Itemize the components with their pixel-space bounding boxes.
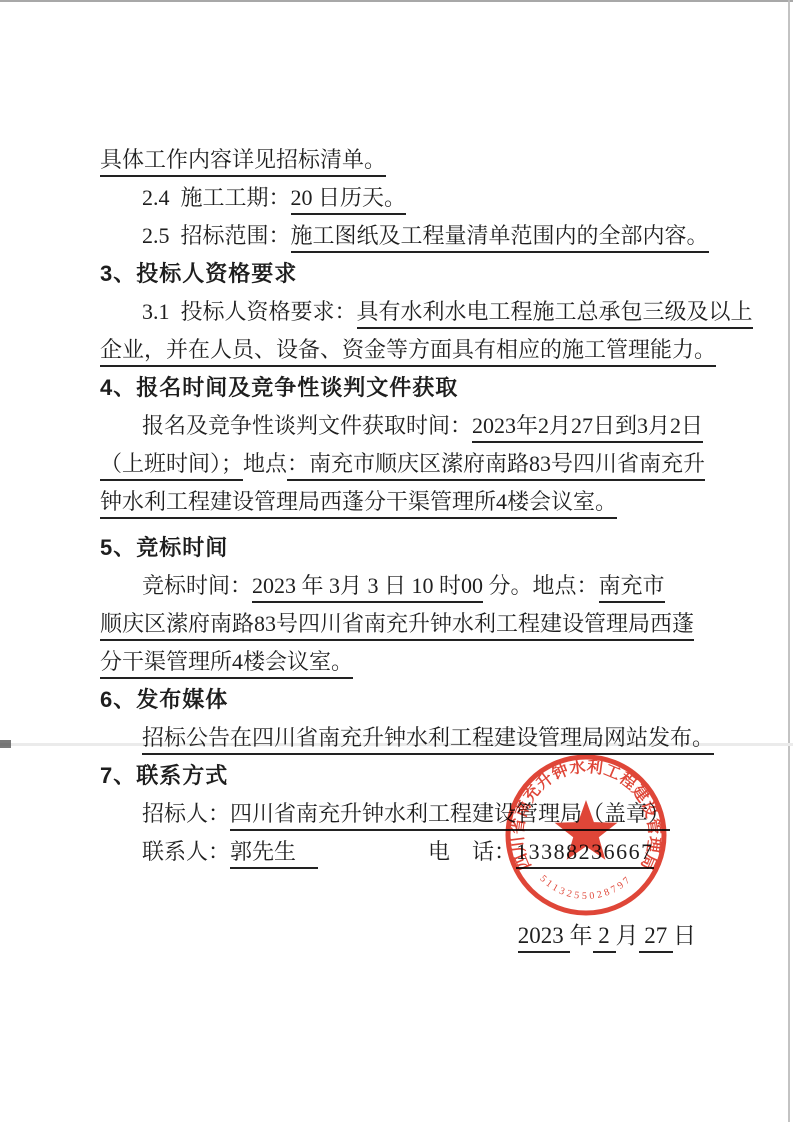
text-segment: 联系人： <box>142 839 230 864</box>
clause-3-1-line-1: 3.1 投标人资格要求：具有水利水电工程施工总承包三级及以上 <box>100 293 700 331</box>
text-segment: 7、联系方式 <box>100 763 228 788</box>
underlined-text: 2023 <box>518 923 570 953</box>
text-segment: 报名及竞争性谈判文件获取时间： <box>142 413 472 438</box>
text-segment: 4、报名时间及竞争性谈判文件获取 <box>100 375 458 400</box>
underlined-text: 郭先生 <box>230 839 318 869</box>
heading-3: 3、投标人资格要求 <box>100 255 700 293</box>
clause-3-1-line-2: 企业，并在人员、设备、资金等方面具有相应的施工管理能力。 <box>100 331 700 369</box>
text-segment: 招标人： <box>142 801 230 826</box>
text-segment: 5、竞标时间 <box>100 535 228 560</box>
text-segment: 2.4 施工工期： <box>142 185 291 210</box>
text-segment: 3.1 投标人资格要求： <box>142 299 357 324</box>
scan-edge-right <box>788 0 790 1122</box>
underlined-text: 施工图纸及工程量清单范围内的全部内容。 <box>291 223 709 253</box>
text-segment: 年 <box>570 923 593 948</box>
heading-6: 6、发布媒体 <box>100 681 700 719</box>
scan-artifact-mark <box>0 740 11 748</box>
seal-code-text: 5113255028797 <box>537 873 634 902</box>
registration-line-3: 钟水利工程建设管理局西蓬分干渠管理所4楼会议室。 <box>100 483 700 521</box>
text-segment: 6、发布媒体 <box>100 687 228 712</box>
registration-line-2: （上班时间）；地点：南充市顺庆区潆府南路83号四川省南充升 <box>100 445 700 483</box>
underlined-text: 顺庆区潆府南路83号四川省南充升钟水利工程建设管理局西蓬 <box>100 611 694 641</box>
underlined-text: 2023年2月27日到3月2日 <box>472 413 703 443</box>
star-icon <box>555 800 618 860</box>
clause-2-4: 2.4 施工工期：20 日历天。 <box>100 179 700 217</box>
text-segment: 竞标时间： <box>142 573 252 598</box>
text-segment: 2.5 招标范围： <box>142 223 291 248</box>
bid-time-line-2: 顺庆区潆府南路83号四川省南充升钟水利工程建设管理局西蓬 <box>100 605 700 643</box>
underlined-text: 分干渠管理所4楼会议室。 <box>100 649 353 679</box>
text-segment: 地点 <box>243 451 287 476</box>
underlined-text: 20 日历天。 <box>291 185 407 215</box>
clause-2-3-continuation: 具体工作内容详见招标清单。 <box>100 141 700 179</box>
scanned-document-page: 具体工作内容详见招标清单。2.4 施工工期：20 日历天。2.5 招标范围：施工… <box>0 0 793 1122</box>
underlined-text: 具有水利水电工程施工总承包三级及以上 <box>357 299 753 329</box>
text-segment: 分。地点： <box>483 573 599 598</box>
underlined-text: 钟水利工程建设管理局西蓬分干渠管理所4楼会议室。 <box>100 489 617 519</box>
underlined-text: （上班时间）； <box>100 451 243 481</box>
seal-code-number: 5113255028797 <box>537 873 634 902</box>
text-segment: 月 <box>616 923 639 948</box>
heading-5: 5、竞标时间 <box>100 529 700 567</box>
underlined-text: 2 <box>593 923 616 953</box>
scan-edge-top <box>0 0 793 2</box>
bid-time-line-3: 分干渠管理所4楼会议室。 <box>100 643 700 681</box>
official-seal: 四川省南充升钟水利工程建设管理局 5113255028797 <box>496 745 676 925</box>
seal-graphic: 四川省南充升钟水利工程建设管理局 5113255028797 <box>496 745 676 925</box>
underlined-text: 南充市 <box>599 573 665 603</box>
text-segment <box>318 839 428 864</box>
underlined-text: 2023 年 3月 3 日 10 时00 <box>252 573 483 603</box>
clause-2-5: 2.5 招标范围：施工图纸及工程量清单范围内的全部内容。 <box>100 217 700 255</box>
underlined-text: 企业，并在人员、设备、资金等方面具有相应的施工管理能力。 <box>100 337 716 367</box>
bid-time-line-1: 竞标时间：2023 年 3月 3 日 10 时00 分。地点：南充市 <box>100 567 700 605</box>
underlined-text: ：南充市顺庆区潆府南路83号四川省南充升 <box>287 451 705 481</box>
underlined-text: 27 <box>639 923 674 953</box>
text-segment: 日 <box>673 923 696 948</box>
underlined-text: 具体工作内容详见招标清单。 <box>100 147 386 177</box>
registration-line-1: 报名及竞争性谈判文件获取时间：2023年2月27日到3月2日 <box>100 407 700 445</box>
heading-4: 4、报名时间及竞争性谈判文件获取 <box>100 369 700 407</box>
text-segment: 3、投标人资格要求 <box>100 261 297 286</box>
